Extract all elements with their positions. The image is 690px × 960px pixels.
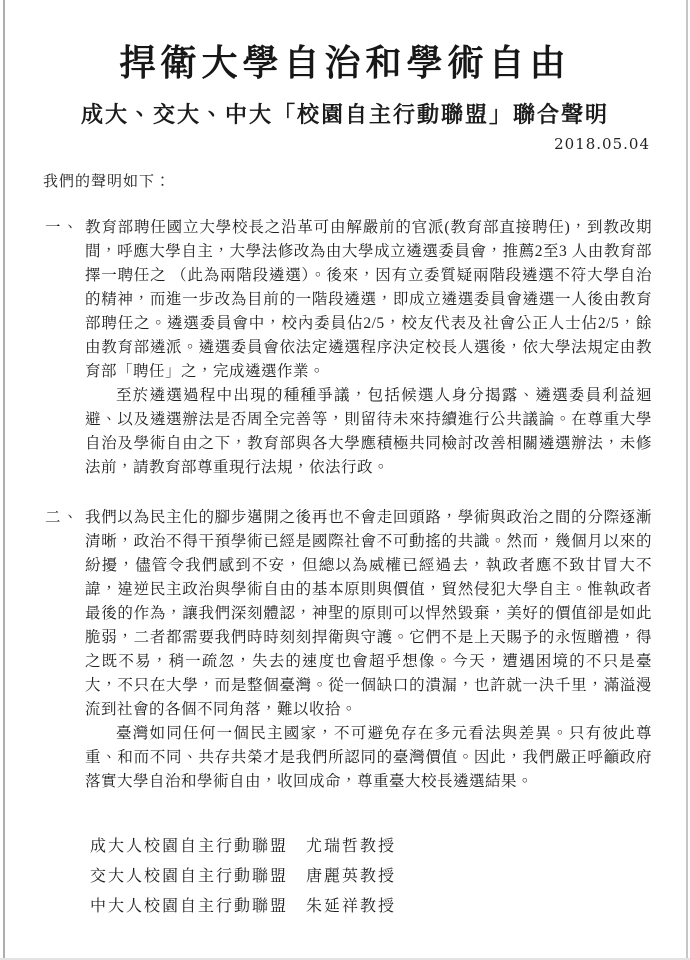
- document-title: 捍衛大學自治和學術自由: [0, 42, 690, 85]
- signature-row: 交大人校園自主行動聯盟唐麗英教授: [90, 862, 690, 892]
- statement-items: 一、 教育部聘任國立大學校長之沿革可由解嚴前的官派(教育部直接聘任)，到教改期間…: [45, 216, 652, 794]
- document-header: 捍衛大學自治和學術自由 成大、交大、中大「校園自主行動聯盟」聯合聲明 2018.…: [0, 42, 690, 153]
- signature-name: 朱延祥教授: [306, 898, 396, 915]
- page-left-edge: [3, 0, 5, 960]
- signature-row: 成大人校園自主行動聯盟尤瑞哲教授: [90, 832, 690, 862]
- statement-item-1: 一、 教育部聘任國立大學校長之沿革可由解嚴前的官派(教育部直接聘任)，到教改期間…: [45, 216, 652, 480]
- signature-block: 成大人校園自主行動聯盟尤瑞哲教授 交大人校園自主行動聯盟唐麗英教授 中大人校園自…: [90, 832, 690, 922]
- document-date: 2018.05.04: [0, 135, 690, 153]
- signature-org: 成大人校園自主行動聯盟: [90, 838, 288, 855]
- intro-line: 我們的聲明如下：: [43, 170, 690, 191]
- item-2-marker: 二、: [45, 506, 85, 794]
- item-1-paragraph-2: 至於遴選過程中出現的種種爭議，包括候選人身分揭露、遴選委員利益迴避、以及遴選辦法…: [85, 384, 652, 480]
- signature-name: 尤瑞哲教授: [306, 838, 396, 855]
- signature-org: 交大人校園自主行動聯盟: [90, 868, 288, 885]
- document-page: 捍衛大學自治和學術自由 成大、交大、中大「校園自主行動聯盟」聯合聲明 2018.…: [0, 0, 690, 960]
- item-1-body: 教育部聘任國立大學校長之沿革可由解嚴前的官派(教育部直接聘任)，到教改期間，呼應…: [85, 216, 652, 480]
- signature-row: 中大人校園自主行動聯盟朱延祥教授: [90, 892, 690, 922]
- statement-item-2: 二、 我們以為民主化的腳步邁開之後再也不會走回頭路，學術與政治之間的分際逐漸清晰…: [45, 506, 652, 794]
- item-2-body: 我們以為民主化的腳步邁開之後再也不會走回頭路，學術與政治之間的分際逐漸清晰，政治…: [85, 506, 652, 794]
- item-1-paragraph-1: 教育部聘任國立大學校長之沿革可由解嚴前的官派(教育部直接聘任)，到教改期間，呼應…: [85, 216, 652, 384]
- document-subtitle: 成大、交大、中大「校園自主行動聯盟」聯合聲明: [0, 98, 690, 129]
- item-1-marker: 一、: [45, 216, 85, 480]
- page-right-edge: [686, 0, 688, 960]
- item-2-paragraph-1: 我們以為民主化的腳步邁開之後再也不會走回頭路，學術與政治之間的分際逐漸清晰，政治…: [85, 506, 652, 722]
- signature-org: 中大人校園自主行動聯盟: [90, 898, 288, 915]
- item-2-paragraph-2: 臺灣如同任何一個民主國家，不可避免存在多元看法與差異。只有彼此尊重、和而不同、共…: [85, 722, 652, 794]
- signature-name: 唐麗英教授: [306, 868, 396, 885]
